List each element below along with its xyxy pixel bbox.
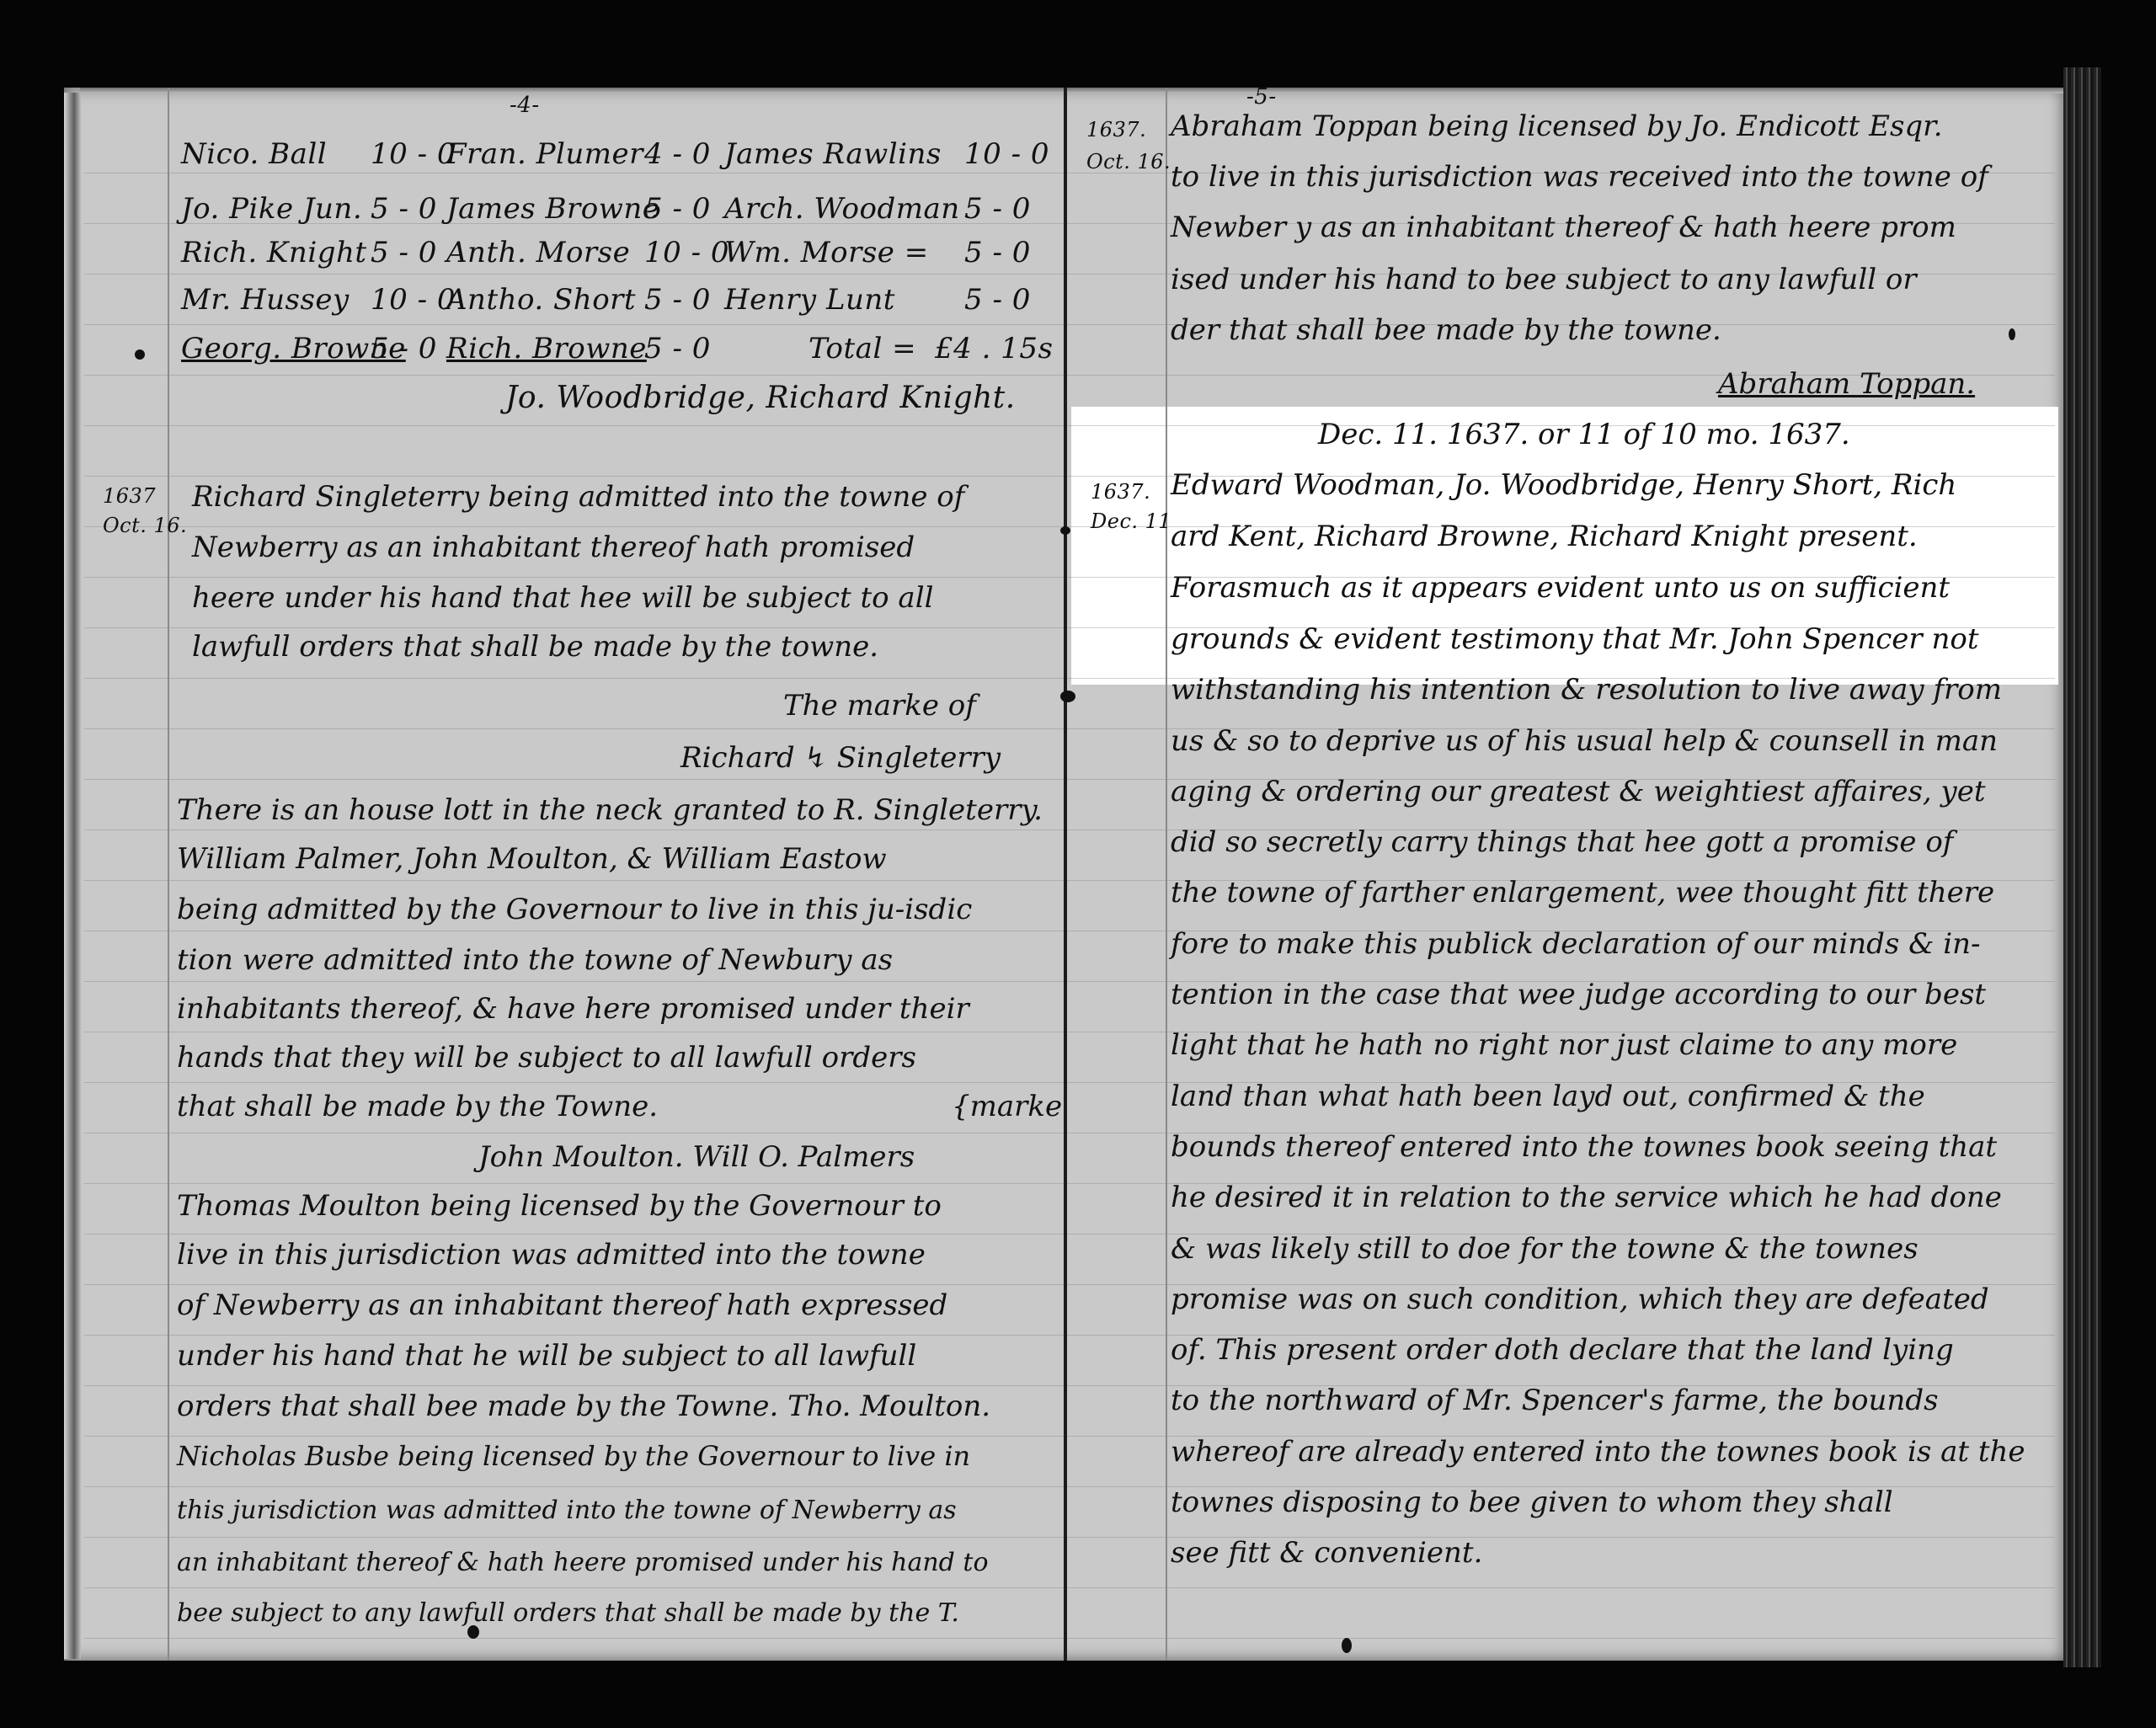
- entry-line: to the northward of Mr. Spencer's farme,…: [1171, 1384, 1939, 1417]
- right-page-number: -5-: [1246, 84, 1277, 109]
- entry-line: der that shall bee made by the towne.: [1171, 313, 1721, 347]
- margin-date-day: Dec. 11: [1091, 509, 1171, 533]
- entry-line: fore to make this publick declaration of…: [1171, 927, 1981, 961]
- subscriber-amount: 5 - 0: [964, 192, 1031, 226]
- entry-heading: Dec. 11. 1637. or 11 of 10 mo. 1637.: [1318, 418, 1850, 451]
- entry-line: light that he hath no right nor just cla…: [1171, 1028, 1957, 1062]
- entry-line: live in this jurisdiction was admitted i…: [177, 1238, 926, 1272]
- entry-line: to live in this jurisdiction was receive…: [1171, 160, 1988, 194]
- entry-line: Richard Singleterry being admitted into …: [192, 480, 964, 514]
- subscriber-amount: 5 - 0: [371, 192, 437, 226]
- subscription-total-amount: £4 . 15s: [935, 332, 1053, 365]
- subscriber-amount: 10 - 0: [371, 283, 456, 317]
- entry-line: grounds & evident testimony that Mr. Joh…: [1171, 622, 1979, 656]
- entry-line: bee subject to any lawfull orders that s…: [177, 1598, 959, 1628]
- left-page-number: -4-: [510, 93, 540, 118]
- entry-line: this jurisdiction was admitted into the …: [177, 1496, 957, 1525]
- margin-date-year: 1637.: [1086, 118, 1146, 141]
- ink-blot: [1342, 1638, 1352, 1653]
- ink-blot: [2009, 328, 2015, 340]
- subscriber-amount: 4 - 0: [644, 137, 711, 171]
- subscriber-name: Antho. Short: [446, 283, 636, 317]
- entry-line: tion were admitted into the towne of New…: [177, 943, 893, 977]
- subscriber-amount: 5 - 0: [644, 283, 711, 317]
- entry-line: aging & ordering our greatest & weightie…: [1171, 775, 1986, 808]
- entry-line: see fitt & convenient.: [1171, 1536, 1482, 1570]
- mark-label: {marke: [952, 1090, 1062, 1123]
- entry-line: that shall be made by the Towne.: [177, 1090, 658, 1123]
- subscriber-name: Jo. Pike Jun.: [181, 192, 362, 226]
- entry-line: Edward Woodman, Jo. Woodbridge, Henry Sh…: [1171, 468, 1956, 502]
- ruled-line: [84, 1587, 2055, 1588]
- ruled-line: [84, 1537, 2055, 1538]
- entry-line: heere under his hand that hee will be su…: [192, 581, 933, 615]
- subscriber-name: Wm. Morse =: [724, 236, 929, 269]
- entry-line: Thomas Moulton being licensed by the Gov…: [177, 1189, 942, 1223]
- entry-line: Newber y as an inhabitant thereof & hath…: [1171, 211, 1956, 244]
- entry-line: being admitted by the Governour to live …: [177, 893, 972, 926]
- entry-line: whereof are already entered into the tow…: [1171, 1435, 2025, 1469]
- entry-line: an inhabitant thereof & hath heere promi…: [177, 1548, 989, 1577]
- subscription-signatures: Jo. Woodbridge, Richard Knight.: [505, 381, 1016, 415]
- entry-line: & was likely still to doe for the towne …: [1171, 1232, 1919, 1266]
- subscriber-amount: 5 - 0: [964, 236, 1031, 269]
- signature: Abraham Toppan.: [1718, 367, 1975, 401]
- mark-label: The marke of: [783, 689, 976, 723]
- entry-line: he desired it in relation to the service…: [1171, 1181, 2002, 1214]
- entry-line: There is an house lott in the neck grant…: [177, 793, 1043, 827]
- entry-line: orders that shall bee made by the Towne.…: [177, 1389, 990, 1423]
- paper-left-edge: [64, 93, 81, 1659]
- gutter-stitch: [1060, 691, 1075, 702]
- entry-line: of. This present order doth declare that…: [1171, 1333, 1954, 1367]
- entry-line: under his hand that he will be subject t…: [177, 1339, 916, 1373]
- entry-line: did so secretly carry things that hee go…: [1171, 825, 1953, 859]
- margin-date-day: Oct. 16.: [1086, 150, 1171, 173]
- entry-line: Forasmuch as it appears evident unto us …: [1171, 571, 1950, 605]
- entry-line: withstanding his intention & resolution …: [1171, 673, 2002, 707]
- ruled-line: [84, 1638, 2055, 1639]
- subscriber-amount: 5 - 0: [644, 332, 711, 365]
- entry-line: promise was on such condition, which the…: [1171, 1283, 1989, 1316]
- subscriber-name: Nico. Ball: [181, 137, 327, 171]
- paper-right-edge: [2063, 67, 2101, 1667]
- entry-line: William Palmer, John Moulton, & William …: [177, 842, 887, 876]
- entry-line: ised under his hand to bee subject to an…: [1171, 263, 1917, 296]
- entry-line: inhabitants thereof, & have here promise…: [177, 992, 969, 1026]
- subscriber-name: James Rawlins: [724, 137, 942, 171]
- entry-line: land than what hath been layd out, confi…: [1171, 1080, 1925, 1113]
- right-page-margin-line: [1166, 88, 1167, 1661]
- entry-line: ard Kent, Richard Browne, Richard Knight…: [1171, 520, 1918, 553]
- subscription-total-label: Total =: [808, 332, 916, 365]
- subscriber-amount: 5 - 0: [964, 283, 1031, 317]
- subscriber-amount: 5 - 0: [371, 332, 437, 365]
- book-gutter: [1064, 88, 1067, 1661]
- entry-line: us & so to deprive us of his usual help …: [1171, 724, 1998, 758]
- subscriber-amount: 10 - 0: [644, 236, 729, 269]
- left-page-margin-line: [168, 88, 169, 1661]
- subscriber-name: Henry Lunt: [724, 283, 895, 317]
- subscriber-amount: 10 - 0: [371, 137, 456, 171]
- entry-line: Nicholas Busbe being licensed by the Gov…: [177, 1440, 970, 1472]
- subscriber-name: James Browne: [446, 192, 659, 226]
- subscriber-name: Arch. Woodman: [724, 192, 960, 226]
- subscriber-name: Anth. Morse: [446, 236, 630, 269]
- subscriber-amount: 5 - 0: [644, 192, 711, 226]
- mark-signature: John Moulton. Will O. Palmers: [478, 1140, 915, 1174]
- entry-line: bounds thereof entered into the townes b…: [1171, 1130, 1997, 1164]
- entry-line: hands that they will be subject to all l…: [177, 1041, 916, 1075]
- margin-date-day: Oct. 16.: [103, 514, 187, 537]
- entry-line: the towne of farther enlargement, wee th…: [1171, 876, 1994, 909]
- subscriber-amount: 10 - 0: [964, 137, 1049, 171]
- ink-blot: [135, 349, 145, 360]
- gutter-stitch: [1060, 526, 1070, 535]
- entry-line: lawfull orders that shall be made by the…: [192, 630, 878, 664]
- margin-date-year: 1637: [103, 484, 156, 508]
- margin-date-year: 1637.: [1091, 480, 1150, 504]
- subscriber-name: Rich. Browne: [446, 332, 647, 365]
- paper-top-edge: [80, 88, 2063, 93]
- entry-line: Newberry as an inhabitant thereof hath p…: [192, 531, 915, 564]
- subscriber-name: Fran. Plumer: [446, 137, 643, 171]
- entry-line: tention in the case that wee judge accor…: [1171, 978, 1986, 1011]
- ink-blot: [467, 1625, 479, 1639]
- subscriber-name: Mr. Hussey: [181, 283, 350, 317]
- subscriber-name: Rich. Knight: [181, 236, 367, 269]
- subscriber-amount: 5 - 0: [371, 236, 437, 269]
- ruled-line: [84, 324, 2055, 325]
- entry-line: Abraham Toppan being licensed by Jo. End…: [1171, 109, 1943, 143]
- entry-line: of Newberry as an inhabitant thereof hat…: [177, 1288, 947, 1322]
- mark-signature: Richard ↯ Singleterry: [680, 741, 1001, 775]
- entry-line: townes disposing to bee given to whom th…: [1171, 1485, 1893, 1519]
